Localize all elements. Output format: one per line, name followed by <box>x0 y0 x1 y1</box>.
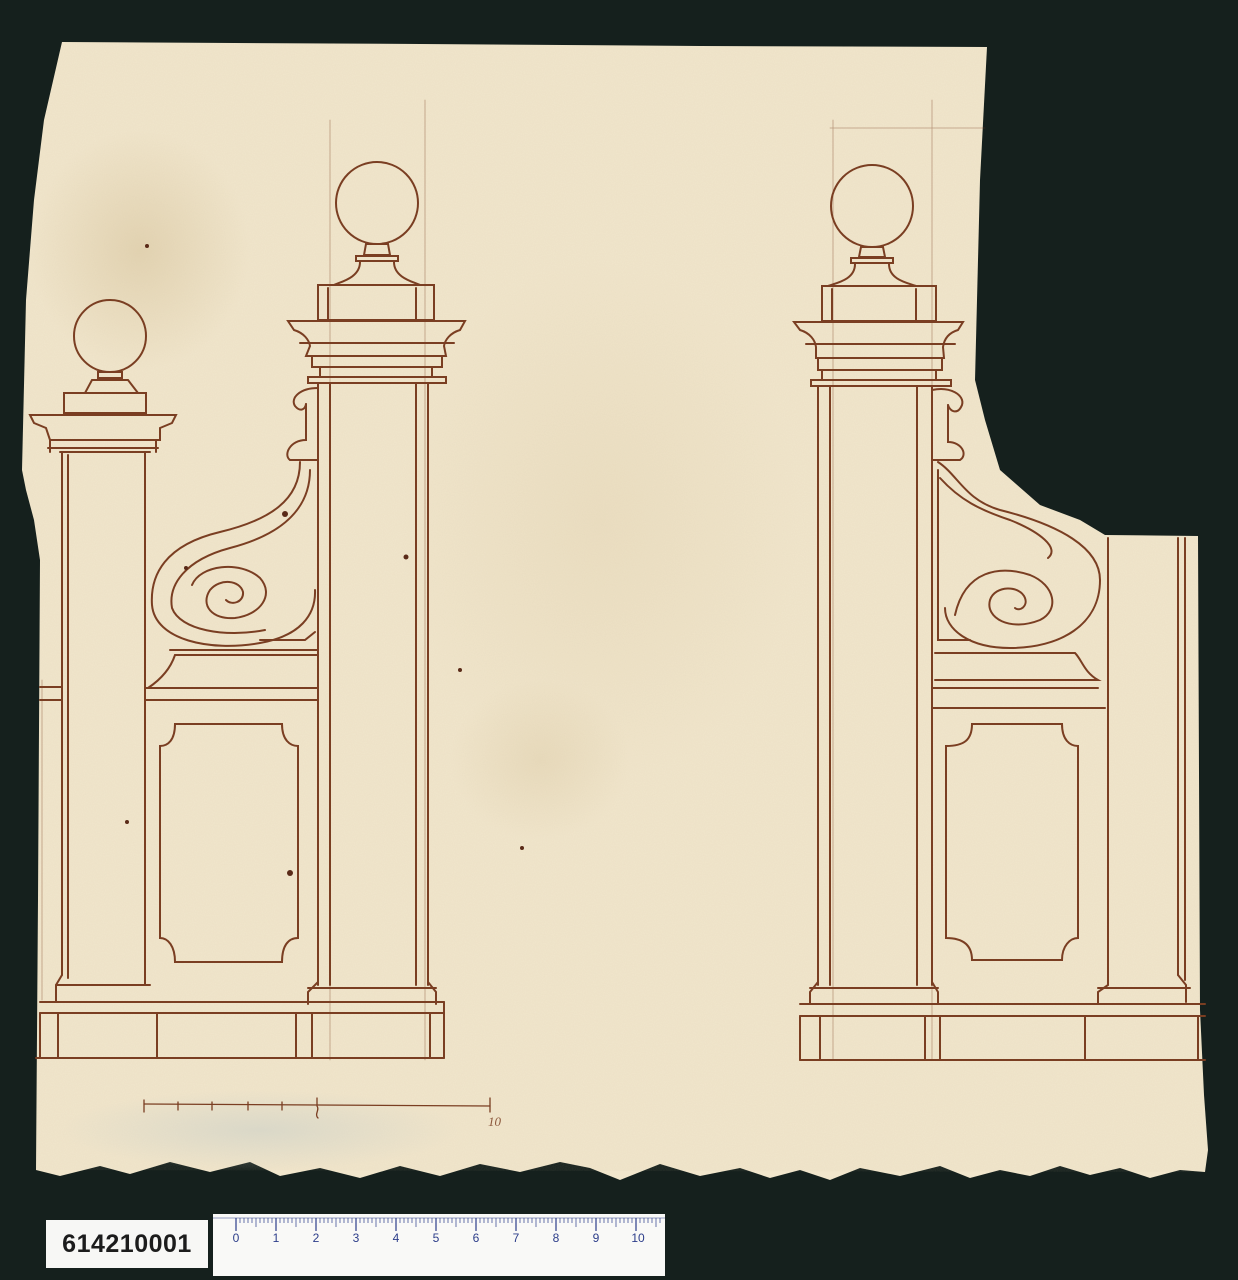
catalog-number-tag: 614210001 <box>46 1220 208 1268</box>
ruler-label-9: 9 <box>593 1231 600 1245</box>
ruler-label-5: 5 <box>433 1231 440 1245</box>
ruler-label-0: 0 <box>233 1231 240 1245</box>
ruler-ticks <box>213 1214 665 1276</box>
drawing-scan: 10 <box>0 0 1238 1280</box>
ruler-label-10: 10 <box>631 1231 644 1245</box>
catalog-number: 614210001 <box>62 1230 192 1259</box>
ruler-label-4: 4 <box>393 1231 400 1245</box>
scale-bar-label: 10 <box>488 1114 502 1129</box>
paper-sheet <box>22 42 1208 1180</box>
ruler-label-2: 2 <box>313 1231 320 1245</box>
ruler-label-7: 7 <box>513 1231 520 1245</box>
ruler-label-1: 1 <box>273 1231 280 1245</box>
ruler-label-8: 8 <box>553 1231 560 1245</box>
measuring-ruler: 0 1 2 3 4 5 6 7 8 9 10 <box>213 1214 665 1276</box>
ruler-label-3: 3 <box>353 1231 360 1245</box>
ruler-label-6: 6 <box>473 1231 480 1245</box>
